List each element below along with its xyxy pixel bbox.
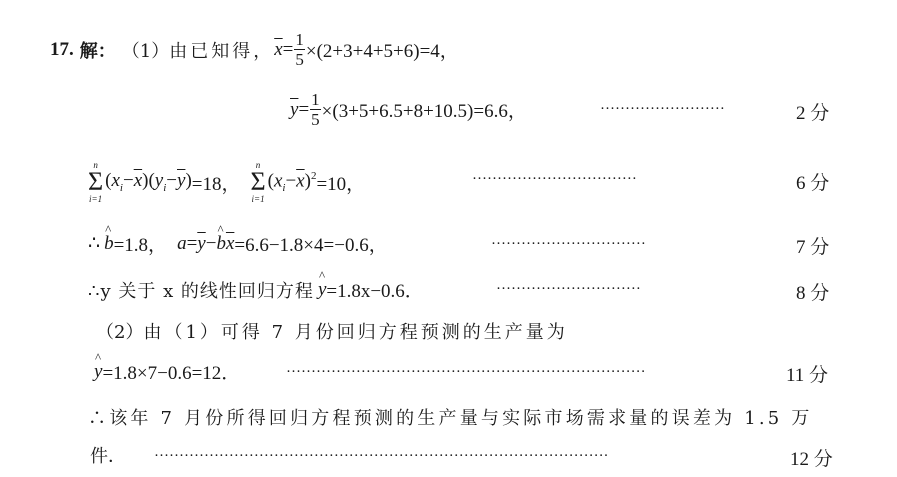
- a-expression: a=y−bx: [177, 233, 234, 255]
- y-hat-symbol: y: [94, 361, 102, 383]
- line-part2: （2） 由（1）可得 7 月份回归方程预测的生产量为: [96, 318, 568, 344]
- frac-den: 5: [295, 50, 304, 69]
- y-hat-symbol: y: [318, 279, 326, 301]
- xbar-symbol: x: [274, 39, 282, 61]
- part2-label: （2）: [96, 318, 143, 344]
- line-xbar: 17. 解： （1） 由已知得， x = 1 5 ×(2+3+4+5+6)=4，: [50, 30, 459, 69]
- equals-sign: =: [298, 99, 309, 121]
- ybar-expression: ×(3+5+6.5+8+10.5)=6.6，: [322, 96, 527, 123]
- score-7: 7 分: [796, 232, 829, 259]
- frac-num: 1: [294, 30, 305, 50]
- leader-dots-7: ·······························: [491, 236, 646, 253]
- sum2-body: (xi−x)2: [268, 170, 317, 194]
- a-calculation: =6.6−1.8×4=−0.6，: [234, 230, 387, 257]
- part1-intro: 由已知得，: [169, 37, 274, 63]
- line-conclusion: ∴该年 7 月份所得回归方程预测的生产量与实际市场需求量的误差为 1.5 万: [88, 404, 813, 430]
- sigma-1: n Σ i=1: [88, 160, 103, 204]
- line-ybar: y = 1 5 ×(3+5+6.5+8+10.5)=6.6，: [290, 90, 527, 129]
- leader-dots-12: ········································…: [154, 448, 609, 465]
- b-hat-symbol: b: [104, 233, 114, 255]
- solve-label: 解：: [80, 37, 116, 63]
- conclusion-text: ∴该年 7 月份所得回归方程预测的生产量与实际市场需求量的误差为 1.5 万: [88, 404, 813, 430]
- b-hat-value: =1.8，: [114, 230, 167, 257]
- xbar-expression: ×(2+3+4+5+6)=4，: [306, 36, 459, 63]
- leader-dots-6: ·································: [472, 171, 637, 188]
- leader-dots-8: ·····························: [496, 281, 641, 298]
- leader-dots-2: ·························: [600, 101, 725, 118]
- line-coefficients: ∴ b =1.8， a=y−bx =6.6−1.8×4=−0.6，: [88, 230, 388, 257]
- score-2: 2 分: [796, 98, 829, 125]
- problem-number: 17.: [50, 39, 74, 61]
- regression-equation: =1.8x−0.6．: [326, 276, 423, 303]
- sigma-2: n Σ i=1: [250, 160, 265, 204]
- line-sums: n Σ i=1 (xi−x)(yi−y) =18， n Σ i=1 (xi−x)…: [88, 160, 365, 204]
- sum2-value: =10，: [316, 169, 365, 196]
- fraction-one-fifth: 1 5: [310, 90, 321, 129]
- therefore-symbol: ∴: [88, 232, 100, 255]
- sum1-body: (xi−x)(yi−y): [105, 170, 192, 194]
- part1-label: （1）: [122, 37, 169, 63]
- equals-sign: =: [283, 39, 294, 61]
- score-11: 11 分: [786, 360, 828, 387]
- ybar-symbol: y: [290, 99, 298, 121]
- line-regression: ∴y 关于 x 的线性回归方程 y =1.8x−0.6．: [88, 276, 424, 303]
- prediction-equation: =1.8×7−0.6=12．: [102, 358, 240, 385]
- fraction-one-fifth: 1 5: [294, 30, 305, 69]
- sum1-value: =18，: [192, 169, 241, 196]
- frac-den: 5: [311, 110, 320, 129]
- score-8: 8 分: [796, 278, 829, 305]
- line-conclusion-end: 件．: [90, 442, 126, 468]
- line-prediction: y =1.8×7−0.6=12．: [94, 358, 240, 385]
- score-6: 6 分: [796, 168, 829, 195]
- conclusion-end: 件．: [90, 442, 126, 468]
- regression-text: ∴y 关于 x 的线性回归方程: [88, 277, 314, 303]
- score-12: 12 分: [790, 444, 833, 471]
- leader-dots-11: ········································…: [286, 364, 646, 381]
- part2-text: 由（1）可得 7 月份回归方程预测的生产量为: [143, 318, 567, 344]
- frac-num: 1: [310, 90, 321, 110]
